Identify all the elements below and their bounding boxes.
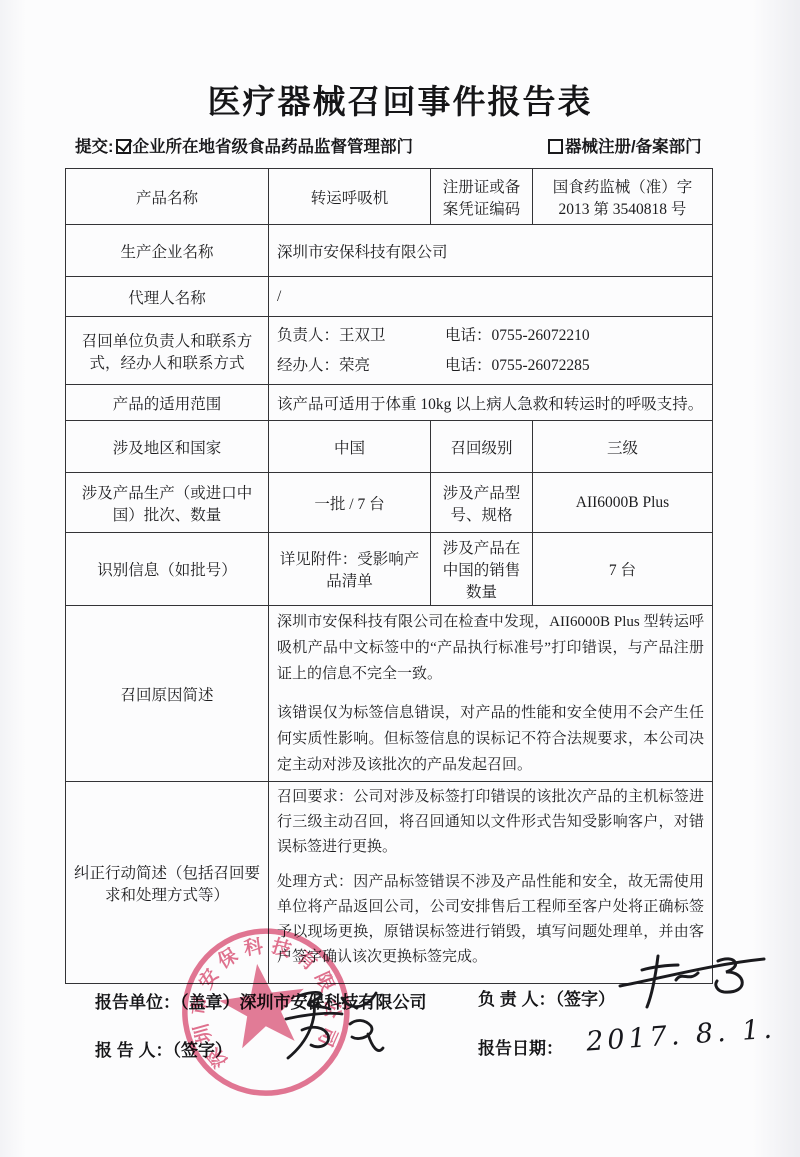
table-row: 涉及产品生产（或进口中国）批次、数量 一批 / 7 台 涉及产品型号、规格 AI… <box>66 473 713 533</box>
responsible-signature <box>618 952 768 1010</box>
submit-option2-label: 器械注册/备案部门 <box>565 138 702 156</box>
id-info-value: 详见附件：受影响产品清单 <box>269 533 431 606</box>
scan-edge-shading-left <box>0 0 26 1157</box>
submit-option-registration: 器械注册/备案部门 <box>546 133 702 157</box>
contact-line-2: 经办人：荣亮电话：0755-26072285 <box>277 351 704 381</box>
contact-line2-name: 经办人：荣亮 <box>277 351 445 381</box>
region-value: 中国 <box>269 421 431 473</box>
recall-report-table: 产品名称 转运呼吸机 注册证或备案凭证编码 国食药监械（准）字 2013 第 3… <box>65 168 713 984</box>
manufacturer-label: 生产企业名称 <box>66 225 269 277</box>
contact-line2-phone: 电话：0755-26072285 <box>445 357 590 374</box>
model-label: 涉及产品型号、规格 <box>431 473 533 533</box>
product-name-label: 产品名称 <box>66 169 269 225</box>
scope-value: 该产品可适用于体重 10kg 以上病人急救和转运时的呼吸支持。 <box>269 385 713 421</box>
product-name-value: 转运呼吸机 <box>269 169 431 225</box>
action-paragraph-1: 召回要求：公司对涉及标签打印错误的该批次产品的主机标签进行三级主动召回，将召回通… <box>277 785 704 860</box>
agent-label: 代理人名称 <box>66 277 269 317</box>
id-info-label: 识别信息（如批号） <box>66 533 269 606</box>
table-row: 产品的适用范围 该产品可适用于体重 10kg 以上病人急救和转运时的呼吸支持。 <box>66 385 713 421</box>
reg-cert-label: 注册证或备案凭证编码 <box>431 169 533 225</box>
table-row: 识别信息（如批号） 详见附件：受影响产品清单 涉及产品在中国的销售数量 7 台 <box>66 533 713 606</box>
table-row: 生产企业名称 深圳市安保科技有限公司 <box>66 225 713 277</box>
reason-paragraph-2: 该错误仅为标签信息错误，对产品的性能和安全使用不会产生任何实质性影响。但标签信息… <box>277 700 704 778</box>
reason-paragraph-1: 深圳市安保科技有限公司在检查中发现，AII6000B Plus 型转运呼吸机产品… <box>277 609 704 687</box>
recall-level-value: 三级 <box>533 421 713 473</box>
table-row: 代理人名称 / <box>66 277 713 317</box>
sales-value: 7 台 <box>533 533 713 606</box>
submit-option-provincial: 提交:企业所在地省级食品药品监督管理部门 <box>75 133 413 157</box>
table-row: 产品名称 转运呼吸机 注册证或备案凭证编码 国食药监械（准）字 2013 第 3… <box>66 169 713 225</box>
table-row: 涉及地区和国家 中国 召回级别 三级 <box>66 421 713 473</box>
table-row: 召回原因简述 深圳市安保科技有限公司在检查中发现，AII6000B Plus 型… <box>66 606 713 782</box>
report-date-label: 报告日期： <box>478 1034 563 1059</box>
contact-line1-name: 负责人：王双卫 <box>277 321 445 351</box>
region-label: 涉及地区和国家 <box>66 421 269 473</box>
table-row: 召回单位负责人和联系方式，经办人和联系方式 负责人：王双卫电话：0755-260… <box>66 317 713 385</box>
submit-prefix-label: 提交: <box>75 138 114 156</box>
submit-option1-label: 企业所在地省级食品药品监督管理部门 <box>133 138 414 156</box>
reason-value: 深圳市安保科技有限公司在检查中发现，AII6000B Plus 型转运呼吸机产品… <box>269 606 713 782</box>
batch-label: 涉及产品生产（或进口中国）批次、数量 <box>66 473 269 533</box>
sales-label: 涉及产品在中国的销售数量 <box>431 533 533 606</box>
contact-line1-phone: 电话：0755-26072210 <box>445 327 590 344</box>
contact-line-1: 负责人：王双卫电话：0755-26072210 <box>277 321 704 351</box>
reason-label: 召回原因简述 <box>66 606 269 782</box>
contact-value: 负责人：王双卫电话：0755-26072210 经办人：荣亮电话：0755-26… <box>269 317 713 385</box>
reporter-signature <box>268 986 386 1070</box>
handwritten-report-date: 2017. 8. 1. <box>585 1013 777 1057</box>
scanned-recall-report-page: 医疗器械召回事件报告表 提交:企业所在地省级食品药品监督管理部门 器械注册/备案… <box>0 0 800 1157</box>
manufacturer-value: 深圳市安保科技有限公司 <box>269 225 713 277</box>
checkbox-empty-icon <box>548 139 563 154</box>
responsible-person-label: 负 责 人：（签字） <box>478 985 615 1010</box>
page-title: 医疗器械召回事件报告表 <box>0 76 800 123</box>
recall-level-label: 召回级别 <box>431 421 533 473</box>
scope-label: 产品的适用范围 <box>66 385 269 421</box>
agent-value: / <box>269 277 713 317</box>
batch-value: 一批 / 7 台 <box>269 473 431 533</box>
contact-label: 召回单位负责人和联系方式，经办人和联系方式 <box>66 317 269 385</box>
checkbox-checked-icon <box>116 139 131 154</box>
model-value: AII6000B Plus <box>533 473 713 533</box>
reg-cert-value: 国食药监械（准）字 2013 第 3540818 号 <box>533 169 713 225</box>
